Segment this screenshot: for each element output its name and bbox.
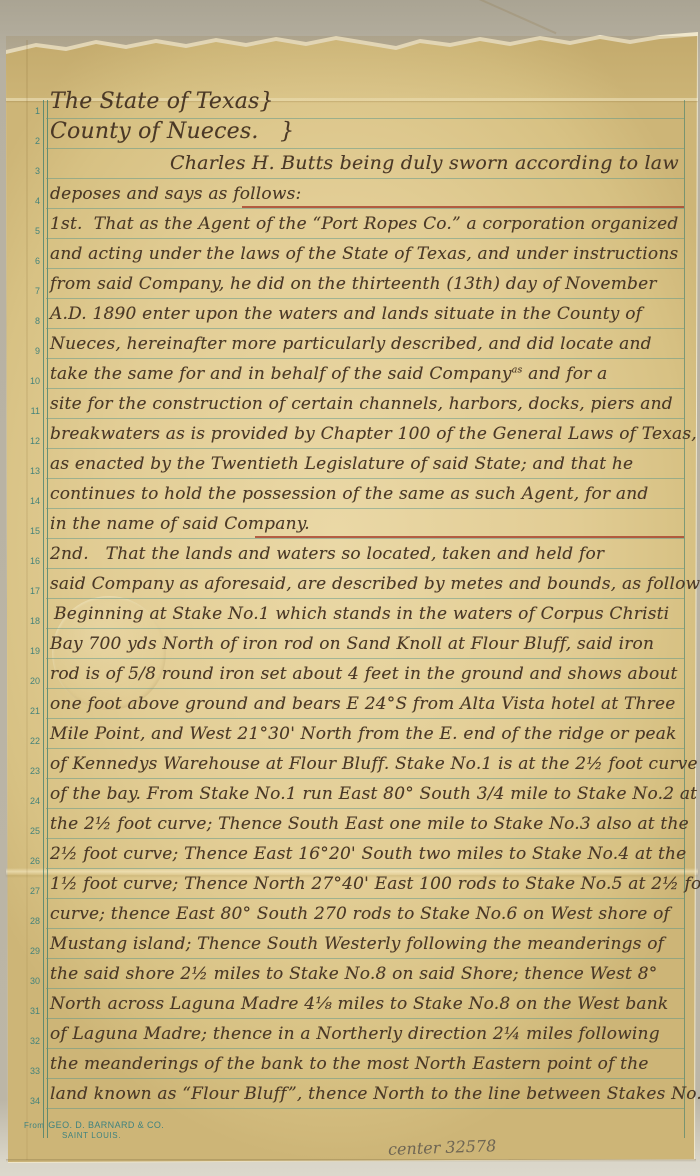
line-number: 34	[16, 1096, 40, 1106]
handwritten-line: as enacted by the Twentieth Legislature …	[50, 454, 633, 474]
line-number: 8	[16, 316, 40, 326]
printer-city: SAINT LOUIS.	[62, 1131, 164, 1141]
rule-line	[46, 508, 684, 509]
handwritten-line: The State of Texas}	[50, 89, 274, 114]
rule-line	[46, 418, 684, 419]
line-number: 13	[16, 466, 40, 476]
handwritten-line: Nueces, hereinafter more particularly de…	[50, 334, 652, 354]
rule-line	[46, 628, 684, 629]
rule-line	[46, 928, 684, 929]
handwritten-line: of the bay. From Stake No.1 run East 80°…	[50, 784, 697, 804]
rule-line	[46, 328, 684, 329]
rule-line	[46, 598, 684, 599]
fold-crease-corner	[473, 0, 556, 34]
handwritten-line: 2nd. That the lands and waters so locate…	[50, 544, 604, 564]
line-number: 4	[16, 196, 40, 206]
rule-line	[46, 988, 684, 989]
handwritten-line: take the same for and in behalf of the s…	[50, 364, 607, 384]
line-number: 28	[16, 916, 40, 926]
line-number: 27	[16, 886, 40, 896]
line-number: 15	[16, 526, 40, 536]
printer-name-line: FromGEO. D. BARNARD & CO.	[24, 1120, 164, 1131]
rule-line	[46, 1018, 684, 1019]
handwritten-line: in the name of said Company.	[50, 514, 310, 534]
fold-crease-left	[26, 40, 28, 1160]
printer-prefix: From	[24, 1121, 44, 1130]
handwritten-line: A.D. 1890 enter upon the waters and land…	[50, 304, 642, 324]
line-number: 33	[16, 1066, 40, 1076]
rule-line	[46, 178, 684, 179]
line-number: 11	[16, 406, 40, 416]
handwritten-line: of Laguna Madre; thence in a Northerly d…	[50, 1024, 660, 1044]
handwritten-line: breakwaters as is provided by Chapter 10…	[50, 424, 697, 444]
line-number: 32	[16, 1036, 40, 1046]
left-margin-rule-outer	[43, 100, 44, 1138]
line-number: 7	[16, 286, 40, 296]
rule-line	[46, 838, 684, 839]
rule-line	[46, 208, 684, 209]
rule-line	[46, 1078, 684, 1079]
line-number: 16	[16, 556, 40, 566]
rule-line	[46, 868, 684, 869]
rule-line	[46, 778, 684, 779]
line-number: 17	[16, 586, 40, 596]
line-number: 25	[16, 826, 40, 836]
line-number: 30	[16, 976, 40, 986]
rule-line	[46, 538, 684, 539]
rule-line	[46, 268, 684, 269]
line-number: 6	[16, 256, 40, 266]
rule-line	[46, 688, 684, 689]
line-number: 22	[16, 736, 40, 746]
handwritten-line: 2½ foot curve; Thence East 16°20' South …	[50, 844, 686, 864]
handwritten-line: of Kennedys Warehouse at Flour Bluff. St…	[50, 754, 698, 774]
handwritten-line: Beginning at Stake No.1 which stands in …	[54, 604, 669, 624]
handwritten-line: rod is of 5/8 round iron set about 4 fee…	[50, 664, 678, 684]
line-number: 3	[16, 166, 40, 176]
handwritten-line: County of Nueces. }	[50, 119, 294, 144]
line-number: 26	[16, 856, 40, 866]
red-ink-rule	[255, 536, 684, 538]
handwritten-line: one foot above ground and bears E 24°S f…	[50, 694, 675, 714]
handwritten-line: the said shore 2½ miles to Stake No.8 on…	[50, 964, 657, 984]
handwritten-line: land known as “Flour Bluff”, thence Nort…	[50, 1084, 700, 1104]
rule-line	[46, 808, 684, 809]
line-number: 2	[16, 136, 40, 146]
handwritten-line: said Company as aforesaid, are described…	[50, 574, 700, 594]
handwritten-line: North across Laguna Madre 4⅛ miles to St…	[50, 994, 668, 1014]
handwritten-line: curve; thence East 80° South 270 rods to…	[50, 904, 670, 924]
handwritten-line: Charles H. Butts being duly sworn accord…	[170, 152, 679, 174]
line-number: 1	[16, 106, 40, 116]
handwritten-line: 1½ foot curve; Thence North 27°40' East …	[50, 874, 700, 894]
handwritten-line: and acting under the laws of the State o…	[50, 244, 678, 264]
archival-number-annotation: center 32578	[388, 1136, 497, 1159]
line-number: 9	[16, 346, 40, 356]
rule-line	[46, 478, 684, 479]
inserted-superscript: as	[512, 364, 523, 375]
rule-line	[46, 148, 684, 149]
line-number: 31	[16, 1006, 40, 1016]
handwritten-line: from said Company, he did on the thirtee…	[50, 274, 657, 294]
rule-line	[46, 748, 684, 749]
line-number: 5	[16, 226, 40, 236]
line-number: 29	[16, 946, 40, 956]
left-margin-rule-inner	[47, 100, 48, 1138]
handwritten-line: Mustang island; Thence South Westerly fo…	[50, 934, 664, 954]
line-number: 24	[16, 796, 40, 806]
handwritten-line: continues to hold the possession of the …	[50, 484, 648, 504]
handwritten-line: the meanderings of the bank to the most …	[50, 1054, 649, 1074]
printer-imprint: FromGEO. D. BARNARD & CO. SAINT LOUIS.	[24, 1120, 164, 1141]
line-number: 21	[16, 706, 40, 716]
line-number: 10	[16, 376, 40, 386]
handwritten-line: Bay 700 yds North of iron rod on Sand Kn…	[50, 634, 654, 654]
line-number: 12	[16, 436, 40, 446]
printer-name: GEO. D. BARNARD & CO.	[48, 1120, 164, 1130]
handwritten-line: site for the construction of certain cha…	[50, 394, 673, 414]
red-ink-rule	[242, 206, 684, 208]
handwritten-line: 1st. That as the Agent of the “Port Rope…	[50, 214, 678, 234]
rule-line	[46, 898, 684, 899]
rule-line	[46, 238, 684, 239]
handwritten-line: Mile Point, and West 21°30' North from t…	[50, 724, 677, 744]
handwritten-line: deposes and says as follows:	[50, 184, 301, 204]
rule-line	[46, 658, 684, 659]
rule-line	[46, 958, 684, 959]
rule-line	[46, 448, 684, 449]
line-number: 18	[16, 616, 40, 626]
line-number: 20	[16, 676, 40, 686]
rule-line	[46, 298, 684, 299]
line-number: 19	[16, 646, 40, 656]
line-number: 14	[16, 496, 40, 506]
rule-line	[46, 358, 684, 359]
right-margin-rule	[684, 100, 685, 1138]
paper-bottom-shadow	[6, 1159, 696, 1162]
rule-line	[46, 718, 684, 719]
rule-line	[46, 1048, 684, 1049]
line-number: 23	[16, 766, 40, 776]
rule-line	[46, 568, 684, 569]
handwritten-line: the 2½ foot curve; Thence South East one…	[50, 814, 689, 834]
rule-line	[46, 388, 684, 389]
rule-line	[46, 1108, 684, 1109]
scanned-document-page: { "page": { "backdrop_color": "#b7b1a2",…	[0, 0, 700, 1176]
